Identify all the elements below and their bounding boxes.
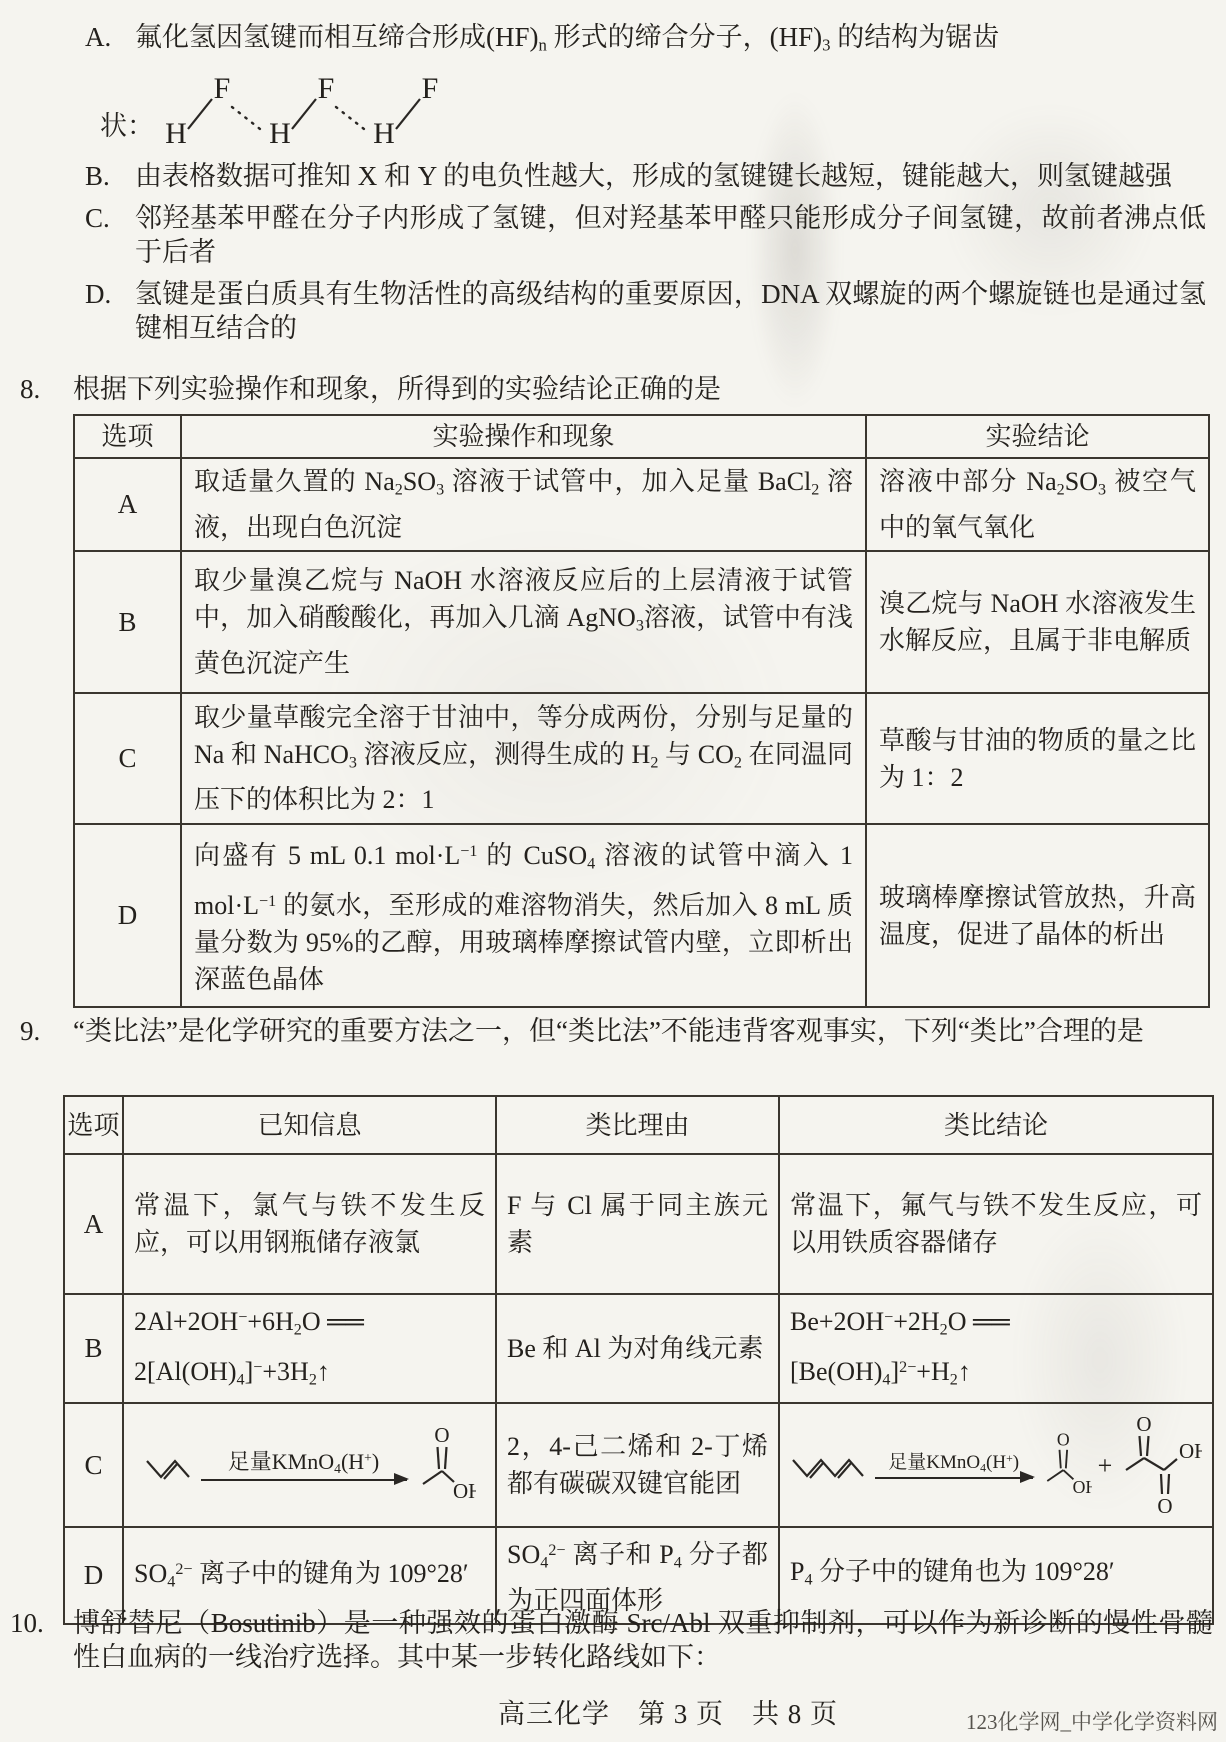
q8-c-option: C [74,693,181,824]
question-8-stem: 根据下列实验操作和现象，所得到的实验结论正确的是 [73,372,1213,406]
q9-header-known: 已知信息 [123,1096,496,1154]
svg-text:O: O [1057,1430,1070,1450]
option-c-text: 邻羟基苯甲醛在分子内形成了氢键，但对羟基苯甲醛只能形成分子间氢键，故前者沸点低于… [135,201,1206,269]
q8-row-c: C 取少量草酸完全溶于甘油中，等分成两份，分别与足量的 Na 和 NaHCO3 … [74,693,1209,824]
question-10: 10. 博舒替尼（Bosutinib）是一种强效的蛋白激酶 Src/Abl 双重… [0,1606,1213,1674]
svg-text:H: H [269,117,291,149]
hf-structure-prefix: 状： [100,109,154,149]
q8-header-conclusion: 实验结论 [866,415,1209,458]
q9-c-reason: 2，4-己二烯和 2-丁烯都有碳碳双键官能团 [496,1403,779,1527]
svg-text:OH: OH [1179,1439,1202,1463]
q9-header-option: 选项 [64,1096,123,1154]
q9-header-conclusion: 类比结论 [779,1096,1213,1154]
q8-table: 选项 实验操作和现象 实验结论 A 取适量久置的 Na2SO3 溶液于试管中，加… [73,414,1210,1008]
acetic-acid-structure: O OH [412,1424,476,1506]
svg-text:O: O [1158,1494,1173,1517]
svg-text:O: O [1137,1413,1152,1436]
hf-zigzag-structure: H F H F H F [160,71,472,149]
q8-b-option: B [74,551,181,693]
option-b-text: 由表格数据可推知 X 和 Y 的电负性越大，形成的氢键键长越短，键能越大，则氢键… [135,159,1206,193]
option-a-label: A. [0,20,135,63]
q9-table: 选项 已知信息 类比理由 类比结论 A 常温下，氯气与铁不发生反应，可以用钢瓶储… [63,1095,1214,1625]
q9-a-option: A [64,1154,123,1294]
reaction-condition: 足量KMnO4(H+) [888,1452,1019,1475]
question-10-stem: 博舒替尼（Bosutinib）是一种强效的蛋白激酶 Src/Abl 双重抑制剂，… [73,1606,1213,1674]
equation-line: [Be(OH)4]2−+H2↑ [790,1349,1202,1399]
hexadiene-structure [790,1451,870,1487]
q8-d-conclusion: 玻璃棒摩擦试管放热，升高温度，促进了晶体的析出 [866,824,1209,1007]
q9-c-known: 足量KMnO4(H+) O OH [123,1403,496,1527]
q9-c-conclusion: 足量KMnO4(H+) O OH + O [779,1403,1213,1527]
question-8: 8. 根据下列实验操作和现象，所得到的实验结论正确的是 [0,372,1213,406]
option-d-text: 氢键是蛋白质具有生物活性的高级结构的重要原因，DNA 双螺旋的两个螺旋链也是通过… [135,277,1206,345]
watermark: 123化学网_中学化学资料网 [966,1706,1218,1736]
q9-header-reason: 类比理由 [496,1096,779,1154]
q8-c-conclusion: 草酸与甘油的物质的量之比为 1：2 [866,693,1209,824]
equation-line: 2Al+2OH−+6H2O ══ [134,1299,485,1349]
option-c-label: C. [0,201,135,269]
pyruvic-acid-structure: O OH O [1118,1413,1202,1517]
reaction-condition: 足量KMnO4(H+) [228,1449,379,1476]
q9-b-reason: Be 和 Al 为对角线元素 [496,1294,779,1403]
question-9: 9. “类比法”是化学研究的重要方法之一，但“类比法”不能违背客观事实，下列“类… [0,1014,1213,1048]
svg-text:OH: OH [453,1479,476,1503]
q7-options: A. 氟化氢因氢键而相互缔合形成(HF)n 形式的缔合分子，(HF)3 的结构为… [0,20,1226,353]
option-c: C. 邻羟基苯甲醛在分子内形成了氢键，但对羟基苯甲醛只能形成分子间氢键，故前者沸… [0,201,1226,269]
svg-text:OH: OH [1072,1477,1091,1497]
svg-text:F: F [422,72,439,105]
q8-d-option: D [74,824,181,1007]
option-b: B. 由表格数据可推知 X 和 Y 的电负性越大，形成的氢键键长越短，键能越大，… [0,159,1226,193]
svg-text:O: O [434,1424,449,1447]
option-d-label: D. [0,277,135,345]
question-8-number: 8. [0,372,73,406]
q9-a-reason: F 与 Cl 属于同主族元素 [496,1154,779,1294]
arrow-line [201,1479,407,1481]
acetic-acid-structure: O OH [1038,1430,1092,1500]
q9-c-option: C [64,1403,123,1527]
hf-structure-row: 状： H F H F H F [100,69,1226,149]
reaction-arrow: 足量KMnO4(H+) [875,1452,1033,1479]
q9-b-known: 2Al+2OH−+6H2O ══ 2[Al(OH)4]−+3H2↑ [123,1294,496,1403]
option-a: A. 氟化氢因氢键而相互缔合形成(HF)n 形式的缔合分子，(HF)3 的结构为… [0,20,1226,63]
svg-text:F: F [318,72,335,105]
option-a-text: 氟化氢因氢键而相互缔合形成(HF)n 形式的缔合分子，(HF)3 的结构为锯齿 [135,20,1206,63]
q8-row-a: A 取适量久置的 Na2SO3 溶液于试管中，加入足量 BaCl2 溶液，出现白… [74,458,1209,551]
equation-line: Be+2OH−+2H2O ══ [790,1299,1202,1349]
butene-structure [144,1452,196,1486]
q8-table-header: 选项 实验操作和现象 实验结论 [74,415,1209,458]
q8-a-conclusion: 溶液中部分 Na2SO3 被空气中的氧气氧化 [866,458,1209,551]
q9-row-b: B 2Al+2OH−+6H2O ══ 2[Al(OH)4]−+3H2↑ Be 和… [64,1294,1213,1403]
plus-sign: + [1097,1447,1114,1484]
q9-table-header: 选项 已知信息 类比理由 类比结论 [64,1096,1213,1154]
svg-text:H: H [373,117,395,149]
q9-a-conclusion: 常温下，氟气与铁不发生反应，可以用铁质容器储存 [779,1154,1213,1294]
option-d: D. 氢键是蛋白质具有生物活性的高级结构的重要原因，DNA 双螺旋的两个螺旋链也… [0,277,1226,345]
svg-text:F: F [214,72,231,105]
q8-d-operation: 向盛有 5 mL 0.1 mol·L−1 的 CuSO4 溶液的试管中滴入 1 … [181,824,866,1007]
q8-a-option: A [74,458,181,551]
question-9-number: 9. [0,1014,73,1048]
q9-b-conclusion: Be+2OH−+2H2O ══ [Be(OH)4]2−+H2↑ [779,1294,1213,1403]
q8-row-b: B 取少量溴乙烷与 NaOH 水溶液反应后的上层清液于试管中，加入硝酸酸化，再加… [74,551,1209,693]
q8-b-operation: 取少量溴乙烷与 NaOH 水溶液反应后的上层清液于试管中，加入硝酸酸化，再加入几… [181,551,866,693]
question-10-number: 10. [0,1606,73,1674]
q9-row-c: C 足量KMnO4(H+) O [64,1403,1213,1527]
q8-header-operation: 实验操作和现象 [181,415,866,458]
q8-a-operation: 取适量久置的 Na2SO3 溶液于试管中，加入足量 BaCl2 溶液，出现白色沉… [181,458,866,551]
q9-a-known: 常温下，氯气与铁不发生反应，可以用钢瓶储存液氯 [123,1154,496,1294]
q8-row-d: D 向盛有 5 mL 0.1 mol·L−1 的 CuSO4 溶液的试管中滴入 … [74,824,1209,1007]
q8-header-option: 选项 [74,415,181,458]
q8-b-conclusion: 溴乙烷与 NaOH 水溶液发生水解反应，且属于非电解质 [866,551,1209,693]
q9-b-option: B [64,1294,123,1403]
svg-text:H: H [165,117,187,149]
arrow-line [875,1477,1033,1479]
question-9-stem: “类比法”是化学研究的重要方法之一，但“类比法”不能违背客观事实，下列“类比”合… [73,1014,1213,1048]
q8-c-operation: 取少量草酸完全溶于甘油中，等分成两份，分别与足量的 Na 和 NaHCO3 溶液… [181,693,866,824]
equation-line: 2[Al(OH)4]−+3H2↑ [134,1349,485,1399]
reaction-arrow: 足量KMnO4(H+) [201,1449,407,1480]
option-b-label: B. [0,159,135,193]
q9-row-a: A 常温下，氯气与铁不发生反应，可以用钢瓶储存液氯 F 与 Cl 属于同主族元素… [64,1154,1213,1294]
